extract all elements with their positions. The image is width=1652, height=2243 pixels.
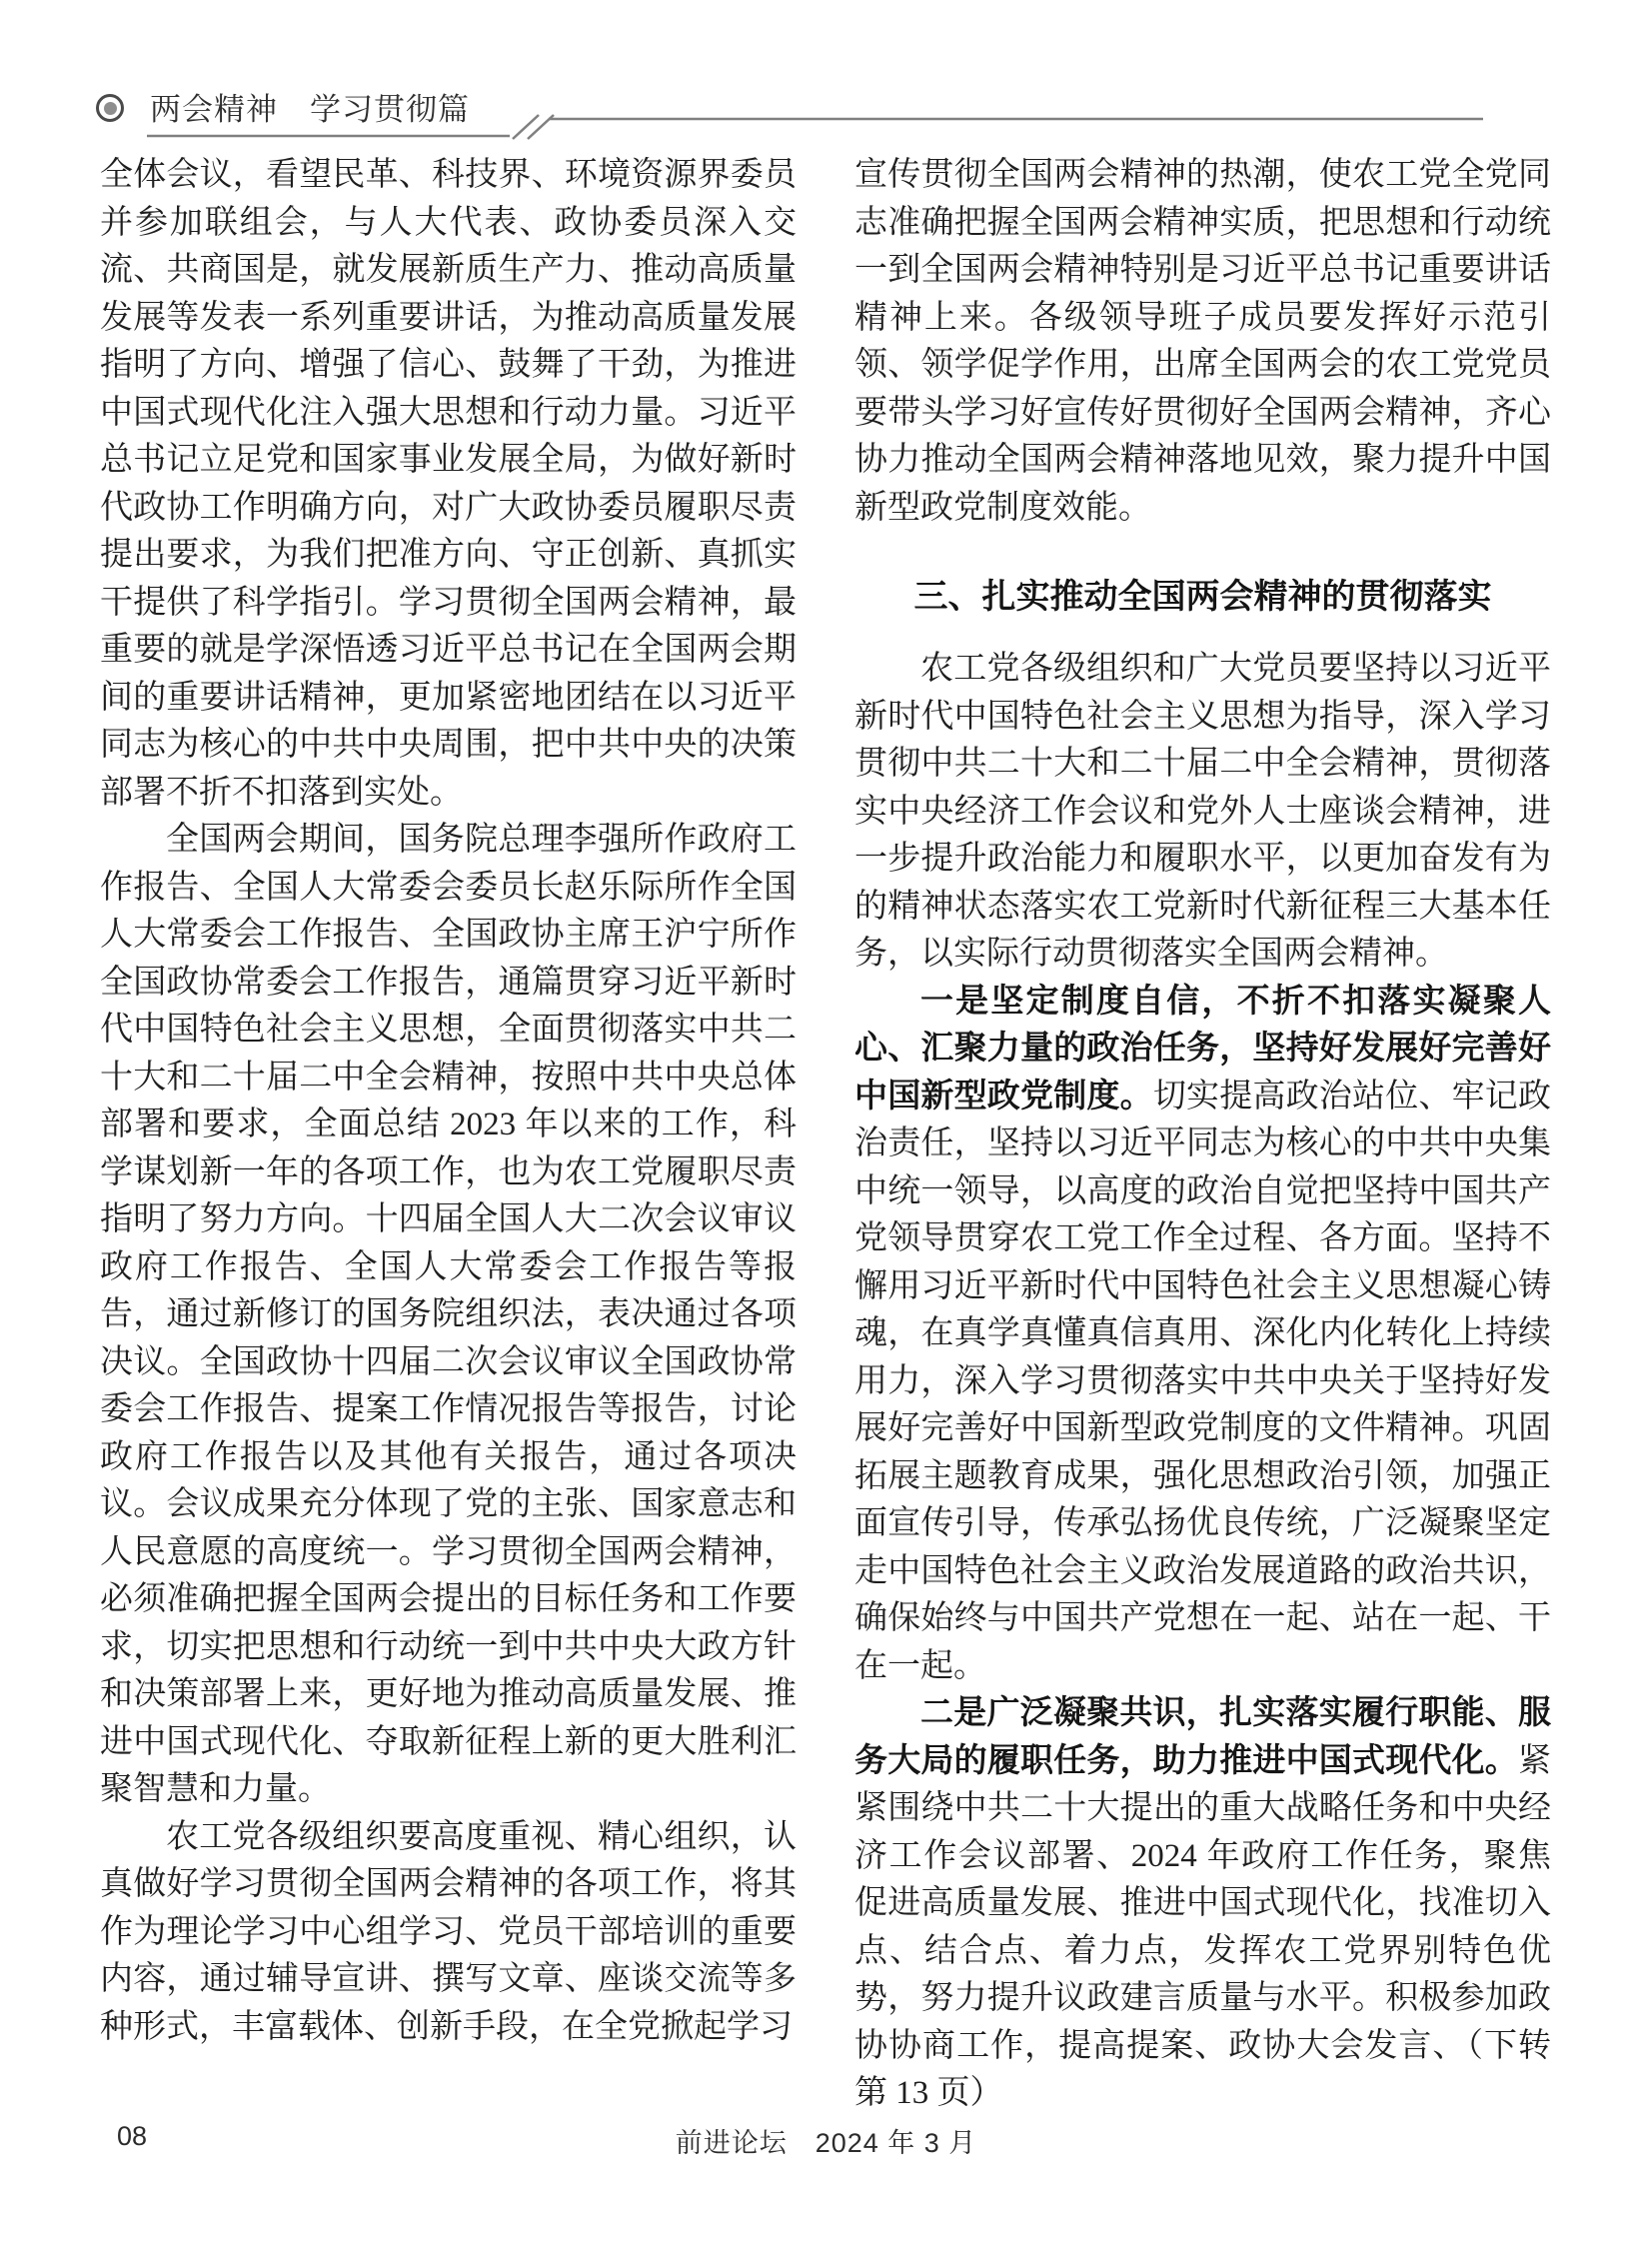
text-column-right: 宣传贯彻全国两会精神的热潮，使农工党全党同志准确把握全国两会精神实质，把思想和行…	[854, 152, 1551, 2118]
text-column-left: 全体会议，看望民革、科技界、环境资源界委员并参加联组会，与人大代表、政协委员深入…	[100, 152, 797, 2051]
body-paragraph: 农工党各级组织和广大党员要坚持以习近平新时代中国特色社会主义思想为指导，深入学习…	[854, 646, 1551, 979]
paragraph-text: 切实提高政治站位、牢记政治责任，坚持以习近平同志为核心的中共中央集中统一领导，以…	[854, 1079, 1551, 1684]
header-rule-line	[147, 112, 1491, 140]
body-paragraph: 一是坚定制度自信，不折不扣落实凝聚人心、汇聚力量的政治任务，坚持好发展好完善好中…	[854, 979, 1551, 1691]
body-paragraph: 全体会议，看望民革、科技界、环境资源界委员并参加联组会，与人大代表、政协委员深入…	[100, 152, 797, 817]
body-paragraph: 宣传贯彻全国两会精神的热潮，使农工党全党同志准确把握全国两会精神实质，把思想和行…	[854, 152, 1551, 532]
body-paragraph: 农工党各级组织要高度重视、精心组织，认真做好学习贯彻全国两会精神的各项工作，将其…	[100, 1814, 797, 2052]
journal-footer: 前进论坛 2024 年 3 月	[0, 2121, 1652, 2160]
paragraph-bold-lead: 二是广泛凝聚共识，扎实落实履行职能、服务大局的履职任务，助力推进中国式现代化。	[854, 1695, 1551, 1779]
section-heading: 三、扎实推动全国两会精神的贯彻落实	[854, 574, 1551, 620]
body-paragraph: 全国两会期间，国务院总理李强所作政府工作报告、全国人大常委会委员长赵乐际所作全国…	[100, 817, 797, 1814]
magazine-page: 两会精神 学习贯彻篇 全体会议，看望民革、科技界、环境资源界委员并参加联组会，与…	[0, 0, 1652, 2243]
body-paragraph: 二是广泛凝聚共识，扎实落实履行职能、服务大局的履职任务，助力推进中国式现代化。紧…	[854, 1690, 1551, 2118]
bullseye-dot	[104, 102, 117, 115]
paragraph-text: 紧紧围绕中共二十大提出的重大战略任务和中央经济工作会议部署、2024 年政府工作…	[854, 1743, 1551, 2112]
bullseye-icon	[96, 94, 124, 122]
